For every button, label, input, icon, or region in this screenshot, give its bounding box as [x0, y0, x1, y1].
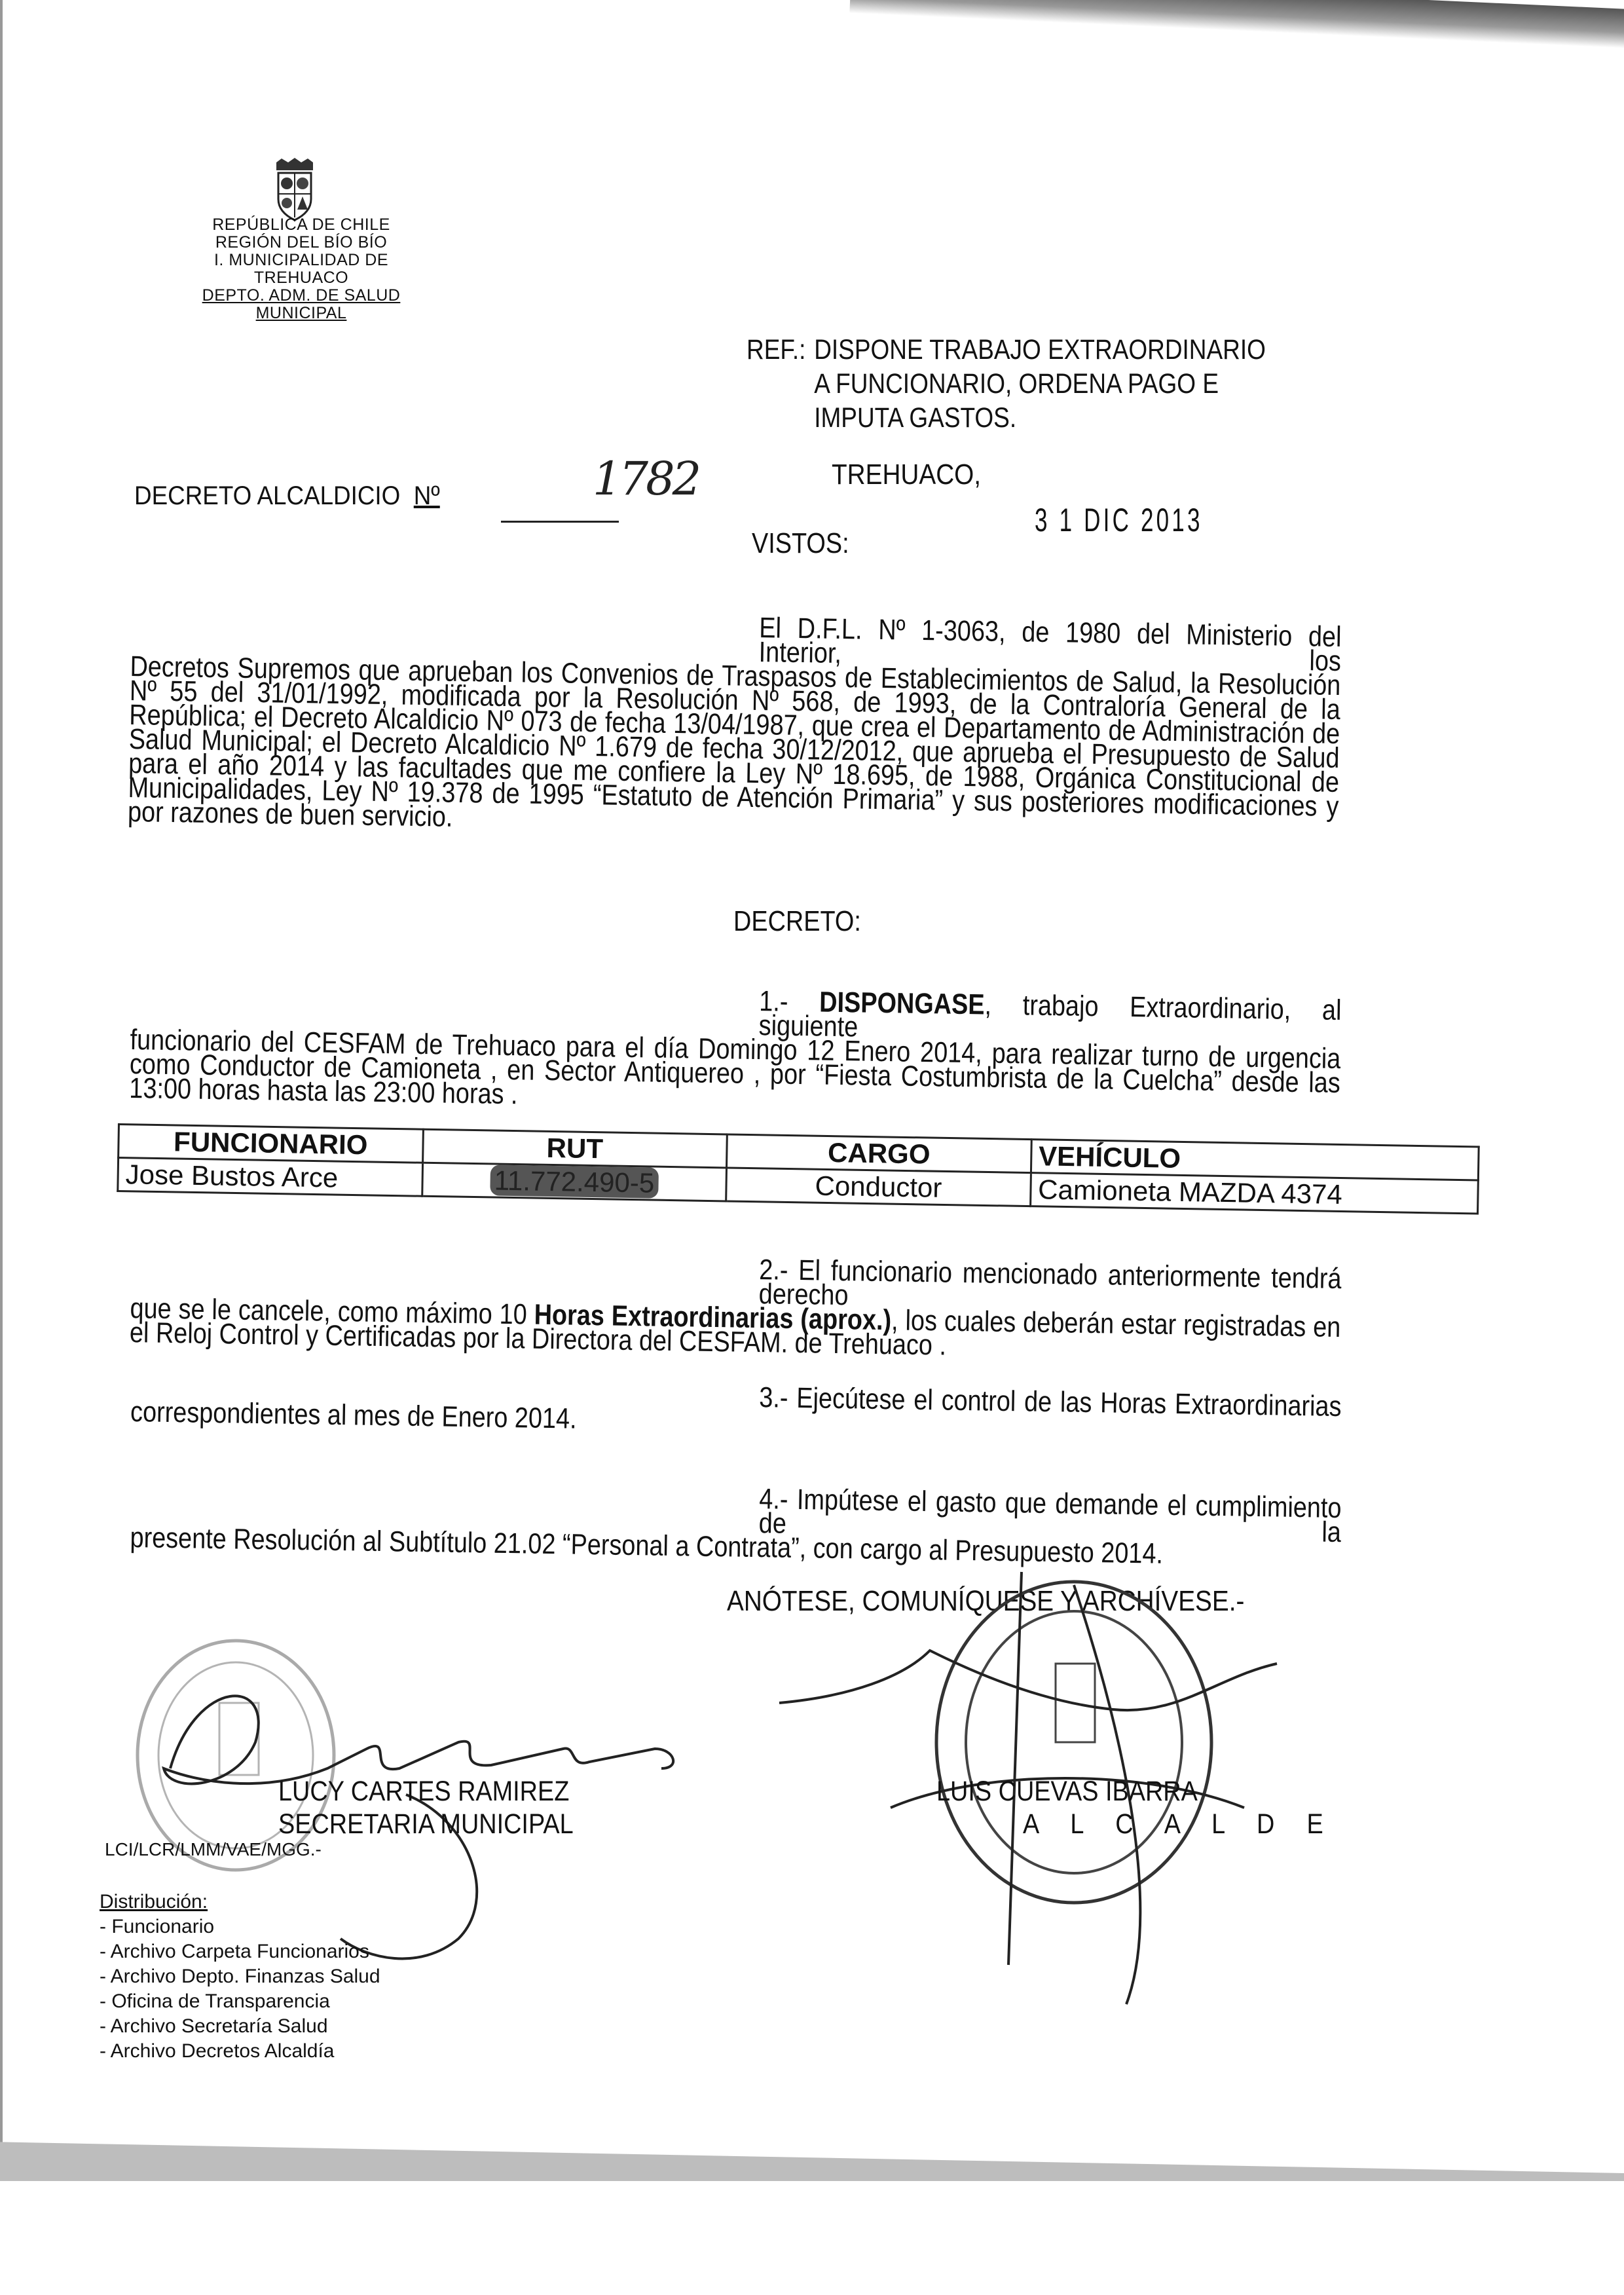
mayor-stamp-icon — [936, 1582, 1211, 1903]
header-line-region: REGIÓN DEL BÍO BÍO — [170, 234, 432, 252]
scan-shadow-top — [849, 0, 1624, 52]
decree-label: DECRETO ALCALDICIO — [134, 481, 400, 510]
municipal-coat-of-arms-icon — [262, 157, 327, 223]
reference-line: DISPONE TRABAJO EXTRAORDINARIO — [814, 334, 1266, 365]
item-body: correspondientes al mes de Enero 2014. — [130, 1396, 577, 1435]
reference-line: A FUNCIONARIO, ORDENA PAGO E — [747, 367, 1266, 401]
column-header-cargo: CARGO — [727, 1134, 1031, 1173]
reference-label: REF.: — [747, 333, 814, 367]
place: TREHUACO, — [832, 458, 981, 491]
distribution-item: - Archivo Depto. Finanzas Salud — [100, 1964, 380, 1989]
cell-cargo: Conductor — [726, 1168, 1031, 1206]
cell-rut: 11.772.490-5 — [422, 1163, 726, 1201]
item-first-line: El funcionario mencionado anteriormente … — [758, 1254, 1341, 1311]
column-header-rut: RUT — [422, 1129, 727, 1168]
employee-table: FUNCIONARIO RUT CARGO VEHÍCULO Jose Bust… — [117, 1123, 1479, 1214]
scan-margin-bottom — [0, 2181, 1624, 2295]
decree-item-4: 4.- Impútese el gasto que demande el cum… — [130, 1477, 1342, 1569]
vistos-heading: VISTOS: — [752, 527, 849, 560]
reference-line: IMPUTA GASTOS. — [747, 401, 1266, 435]
signature-block-mayor: LUIS CUEVAS IBARRA A L C A L D E — [936, 1775, 1336, 1840]
decree-item-2: 2.- El funcionario mencionado anteriorme… — [130, 1248, 1342, 1364]
scan-edge-left — [0, 0, 3, 2181]
item-number: 3.- — [759, 1381, 788, 1414]
distribution-item: - Oficina de Transparencia — [100, 1989, 380, 2014]
mayor-name: LUIS CUEVAS IBARRA — [936, 1775, 1336, 1808]
closing-formula: ANÓTESE, COMUNÍQUESE Y ARCHÍVESE.- — [727, 1585, 1244, 1618]
distribution-item: - Archivo Decretos Alcaldía — [100, 2039, 380, 2064]
signature-block-secretary: LUCY CARTES RAMIREZ SECRETARIA MUNICIPAL — [278, 1775, 574, 1840]
institution-header: REPÚBLICA DE CHILE REGIÓN DEL BÍO BÍO I.… — [170, 216, 432, 322]
decree-number-underline — [501, 521, 619, 523]
secretary-title: SECRETARIA MUNICIPAL — [278, 1808, 574, 1840]
drafting-initials: LCI/LCR/LMM/VAE/MGG.- — [105, 1839, 322, 1860]
decree-number-prefix: Nº — [414, 481, 440, 510]
secretary-name: LUCY CARTES RAMIREZ — [278, 1775, 574, 1808]
decree-item-3: 3.- Ejecútese el control de las Horas Ex… — [130, 1375, 1342, 1443]
cell-funcionario: Jose Bustos Arce — [118, 1158, 422, 1197]
cell-vehiculo: Camioneta MAZDA 4374 — [1030, 1173, 1478, 1214]
distribution-list: Distribución: - Funcionario - Archivo Ca… — [100, 1890, 380, 2064]
distribution-item: - Archivo Secretaría Salud — [100, 2014, 380, 2039]
decreto-heading: DECRETO: — [733, 905, 861, 938]
column-header-funcionario: FUNCIONARIO — [119, 1125, 423, 1163]
rut-redacted: 11.772.490-5 — [490, 1165, 658, 1198]
item-first-line: Ejecútese el control de las Horas Extrao… — [796, 1382, 1342, 1423]
decree-item-1: 1.- DISPONGASE, trabajo Extraordinario, … — [129, 979, 1342, 1119]
distribution-item: - Funcionario — [100, 1914, 380, 1939]
distribution-heading: Distribución: — [100, 1890, 380, 1914]
decree-number-handwritten: 1782 — [593, 452, 699, 506]
header-line-department: DEPTO. ADM. DE SALUD MUNICIPAL — [170, 287, 432, 322]
mayor-title: A L C A L D E — [936, 1808, 1336, 1840]
header-line-municipality: I. MUNICIPALIDAD DE TREHUACO — [170, 252, 432, 287]
vistos-paragraph: El D.F.L. Nº 1-3063, de 1980 del Ministe… — [128, 606, 1342, 843]
header-line-country: REPÚBLICA DE CHILE — [170, 216, 432, 234]
distribution-item: - Archivo Carpeta Funcionarios — [100, 1939, 380, 1964]
reference-block: REF.:DISPONE TRABAJO EXTRAORDINARIO A FU… — [747, 333, 1266, 435]
decree-title: DECRETO ALCALDICIO Nº — [134, 481, 440, 511]
vistos-body: Decretos Supremos que aprueban los Conve… — [128, 650, 1341, 833]
date-stamp: 3 1 DIC 2013 — [1035, 501, 1203, 539]
